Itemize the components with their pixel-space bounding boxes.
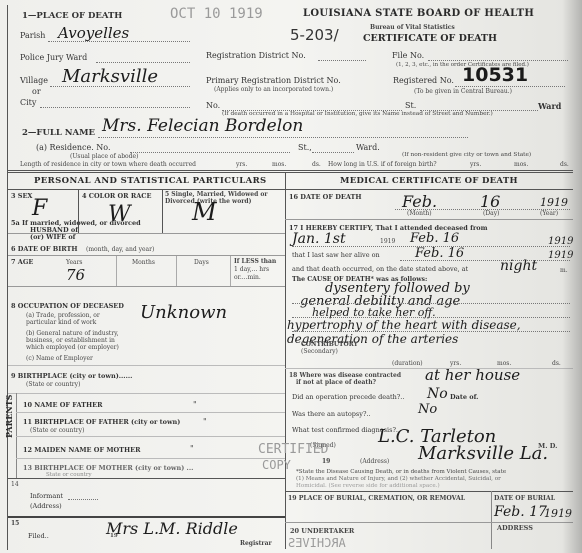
death-certificate: 1—PLACE OF DEATH OCT 10 1919 LOUISIANA S… bbox=[0, 0, 582, 553]
nonresident-note: (If non-resident give city or town and S… bbox=[402, 152, 531, 158]
medical-section-title: MEDICAL CERTIFICATE OF DEATH bbox=[340, 176, 518, 186]
death-occurred-label: and that death occurred, on the date sta… bbox=[292, 265, 468, 273]
bureau-name: Bureau of Vital Statistics bbox=[370, 24, 455, 31]
column-divider bbox=[285, 172, 286, 549]
marital-status-label: 5 Single, Married, Widowed or Divorced (… bbox=[165, 191, 283, 205]
undertaker-label: 20 UNDERTAKER bbox=[290, 527, 354, 535]
ward-label: Ward bbox=[538, 101, 561, 111]
undertaker-address-label: ADDRESS bbox=[497, 524, 533, 532]
left-border bbox=[7, 5, 8, 550]
last-saw-label: that I last saw her alive on bbox=[292, 251, 380, 259]
cause-line-4: hypertrophy of the heart with disease, bbox=[287, 318, 521, 332]
registrar-label: Registrar bbox=[240, 540, 272, 547]
archives-stamp: ARCHIVES bbox=[288, 536, 346, 550]
registered-no-label: Registered No. bbox=[393, 76, 454, 85]
age-label: 7 AGE bbox=[11, 258, 33, 266]
foreign-birth-label: How long in U.S. if of foreign birth? bbox=[328, 161, 437, 168]
informant-address-label: (Address) bbox=[30, 502, 62, 510]
usual-abode-note: (Usual place of abode) bbox=[70, 153, 138, 160]
burial-year-value: 1919 bbox=[544, 507, 572, 520]
received-date-stamp: OCT 10 1919 bbox=[170, 6, 263, 22]
street-label: St. bbox=[405, 101, 416, 110]
sex-value: F bbox=[32, 196, 47, 221]
village-value: Marksville bbox=[62, 66, 158, 87]
parish-value: Avoyelles bbox=[58, 24, 129, 42]
certified-copy-stamp: CERTIFIED bbox=[258, 442, 328, 457]
attended-from-value: Jan. 1st bbox=[292, 231, 346, 247]
primary-registration-label: Primary Registration District No. bbox=[206, 76, 341, 85]
sex-label: 3 SEX bbox=[11, 192, 32, 200]
mother-birthplace-label: 13 BIRTHPLACE OF MOTHER (city or town) .… bbox=[23, 464, 193, 472]
occupation-label: 8 OCCUPATION OF DECEASED bbox=[11, 302, 124, 310]
village-label: Village bbox=[20, 76, 48, 85]
registrar-signature: Mrs L.M. Riddle bbox=[106, 519, 238, 538]
footnote: *State the Disease Causing Death, or in … bbox=[296, 469, 506, 475]
parish-label: Parish bbox=[20, 31, 45, 40]
board-title: LOUISIANA STATE BOARD OF HEALTH bbox=[303, 8, 534, 19]
attended-to-value: Feb. 16 bbox=[410, 231, 459, 246]
burial-date-label: DATE OF BURIAL bbox=[494, 495, 555, 502]
certificate-title: CERTIFICATE OF DEATH bbox=[363, 33, 497, 44]
father-name-label: 10 NAME OF FATHER bbox=[23, 401, 103, 409]
operation-label: Did an operation precede death?.. bbox=[292, 393, 404, 401]
street-no-label: No. bbox=[206, 101, 220, 110]
date-of-death-label: 16 DATE OF DEATH bbox=[289, 193, 361, 201]
residence-street-label: St., bbox=[298, 143, 312, 152]
physician-address: Marksville La. bbox=[418, 443, 548, 464]
contributory-label: CONTRIBUTORY bbox=[301, 341, 358, 348]
city-label: City bbox=[20, 98, 36, 107]
death-time-value: night bbox=[500, 258, 537, 274]
mother-name-label: 12 MAIDEN NAME OF MOTHER bbox=[23, 446, 141, 454]
primary-registration-note: (Applies only to an incorporated town.) bbox=[214, 86, 333, 93]
informant-label: Informant bbox=[30, 492, 63, 500]
full-name-label: 2—FULL NAME bbox=[22, 128, 95, 138]
burial-place-label: 19 PLACE OF BURIAL, CREMATION, OR REMOVA… bbox=[288, 495, 465, 502]
marital-status-value: M bbox=[192, 198, 217, 226]
place-of-death-heading: 1—PLACE OF DEATH bbox=[22, 11, 122, 21]
full-name-value: Mrs. Felecian Bordelon bbox=[102, 116, 303, 136]
occupation-value: Unknown bbox=[140, 302, 227, 323]
autopsy-value: No bbox=[418, 402, 437, 417]
death-year-value: 1919 bbox=[540, 196, 568, 209]
registered-no-note: (To be given in Central Bureau.) bbox=[414, 88, 512, 95]
burial-date-value: Feb. 17 bbox=[494, 504, 547, 520]
registration-district-label: Registration District No. bbox=[206, 51, 306, 60]
police-jury-ward-label: Police Jury Ward bbox=[20, 53, 87, 62]
personal-section-title: PERSONAL AND STATISTICAL PARTICULARS bbox=[34, 176, 267, 186]
autopsy-label: Was there an autopsy?.. bbox=[292, 410, 371, 418]
birthplace-label: 9 BIRTHPLACE (city or town)...... bbox=[11, 372, 132, 380]
parents-vertical-label: PARENTS bbox=[4, 395, 14, 438]
last-saw-value: Feb. 16 bbox=[415, 246, 464, 261]
operation-value: No bbox=[427, 386, 448, 402]
filed-label: Filed.. bbox=[28, 532, 49, 540]
length-of-residence-label: Length of residence in city or town wher… bbox=[20, 161, 196, 168]
or-label: or bbox=[32, 87, 41, 96]
age-years-value: 76 bbox=[66, 266, 85, 284]
registered-no-value: 10531 bbox=[462, 64, 528, 86]
residence-ward-label: Ward. bbox=[356, 143, 380, 152]
where-contracted-label: 18 Where was disease contracted bbox=[289, 372, 401, 379]
color-race-label: 4 COLOR OR RACE bbox=[82, 192, 151, 200]
where-contracted-value: at her house bbox=[425, 366, 520, 384]
handwritten-record-number: 5-203/ bbox=[290, 26, 339, 44]
file-no-label: File No. bbox=[392, 51, 424, 60]
residence-label: (a) Residence. No. bbox=[36, 143, 111, 152]
father-birthplace-label: 11 BIRTHPLACE OF FATHER (city or town) bbox=[23, 418, 180, 426]
date-of-birth-label: 6 DATE OF BIRTH bbox=[11, 245, 78, 253]
